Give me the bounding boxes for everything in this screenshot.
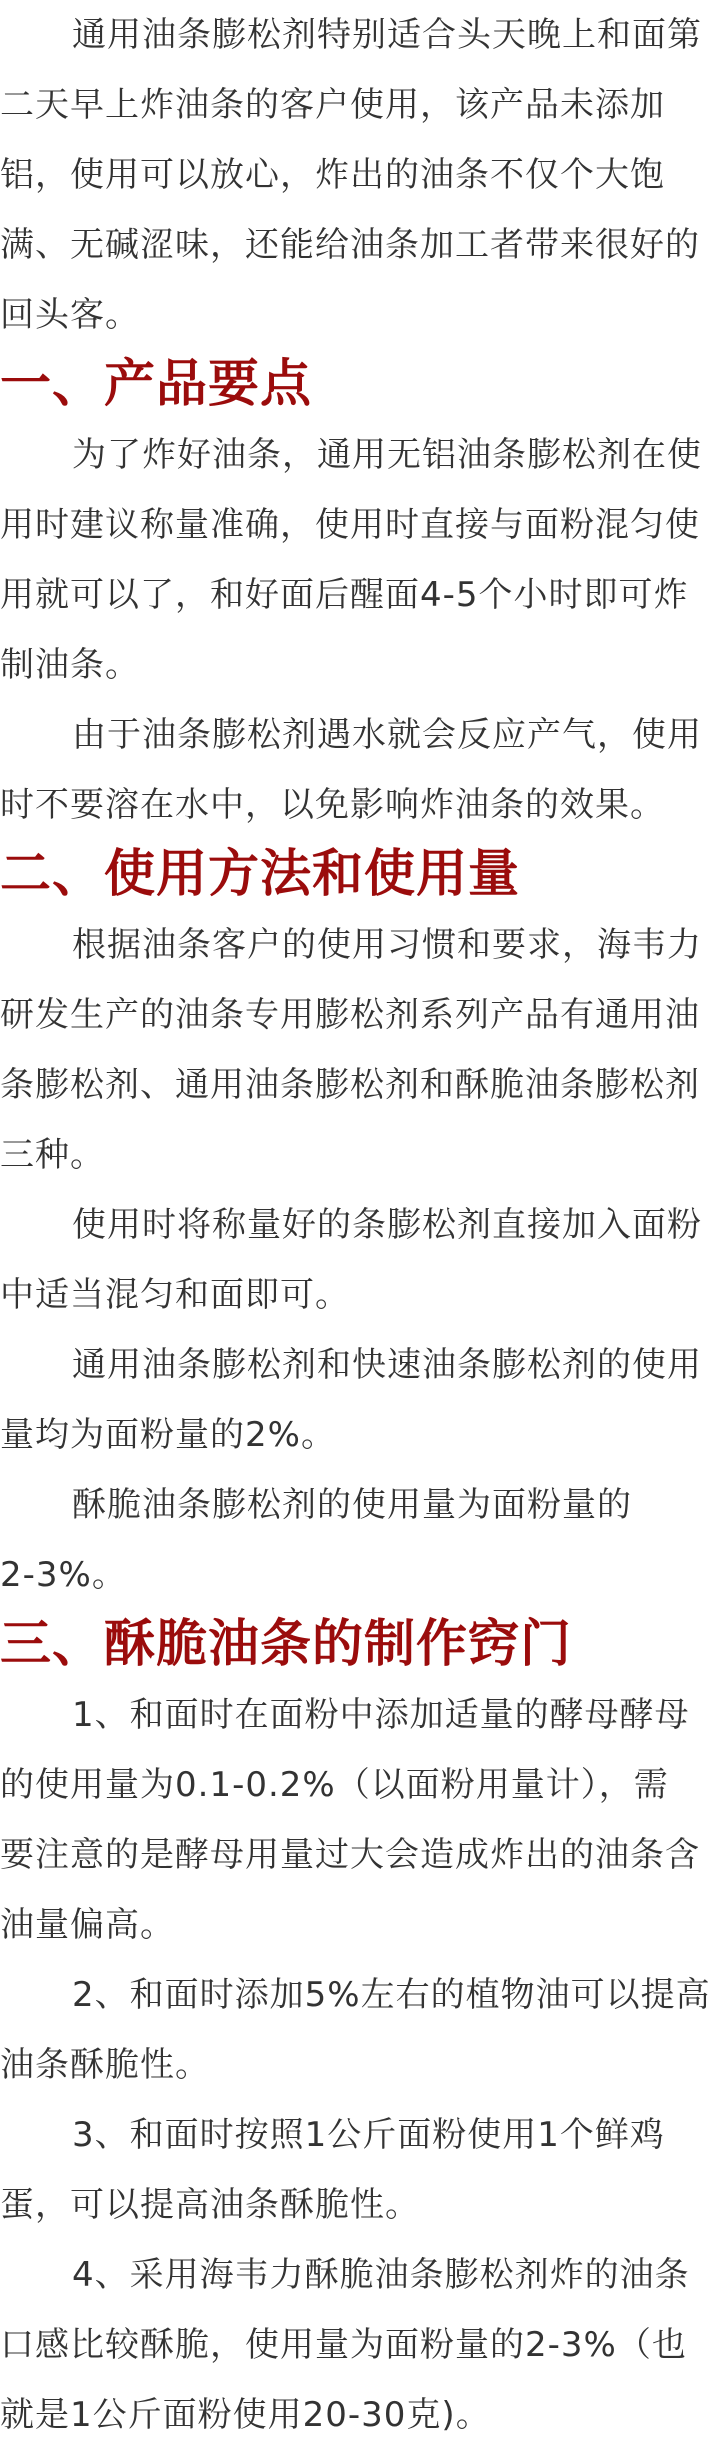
text-line: 二天早上炸油条的客户使用，该产品未添加 bbox=[0, 70, 720, 140]
text-line: 口感比较酥脆，使用量为面粉量的2-3%（也 bbox=[0, 2310, 720, 2380]
text-line: 就是1公斤面粉使用20-30克)。 bbox=[0, 2380, 720, 2450]
text-line: 的使用量为0.1-0.2%（以面粉用量计），需 bbox=[0, 1750, 720, 1820]
text-line: 4、采用海韦力酥脆油条膨松剂炸的油条 bbox=[0, 2240, 720, 2310]
text-line: 铝，使用可以放心，炸出的油条不仅个大饱 bbox=[0, 140, 720, 210]
paragraph-tip-4: 4、采用海韦力酥脆油条膨松剂炸的油条 口感比较酥脆，使用量为面粉量的2-3%（也… bbox=[0, 2240, 720, 2450]
text-line: 由于油条膨松剂遇水就会反应产气，使用 bbox=[0, 700, 720, 770]
text-line: 条膨松剂、通用油条膨松剂和酥脆油条膨松剂 bbox=[0, 1050, 720, 1120]
paragraph: 通用油条膨松剂和快速油条膨松剂的使用 量均为面粉量的2%。 bbox=[0, 1330, 720, 1470]
text-line: 用时建议称量准确，使用时直接与面粉混匀使 bbox=[0, 490, 720, 560]
text-line: 为了炸好油条，通用无铝油条膨松剂在使 bbox=[0, 420, 720, 490]
text-line: 通用油条膨松剂特别适合头天晚上和面第 bbox=[0, 0, 720, 70]
paragraph-intro: 通用油条膨松剂特别适合头天晚上和面第 二天早上炸油条的客户使用，该产品未添加 铝… bbox=[0, 0, 720, 350]
text-line: 量均为面粉量的2%。 bbox=[0, 1400, 720, 1470]
text-line: 中适当混匀和面即可。 bbox=[0, 1260, 720, 1330]
text-line: 2、和面时添加5%左右的植物油可以提高 bbox=[0, 1960, 720, 2030]
text-line: 要注意的是酵母用量过大会造成炸出的油条含 bbox=[0, 1820, 720, 1890]
paragraph: 由于油条膨松剂遇水就会反应产气，使用 时不要溶在水中，以免影响炸油条的效果。 bbox=[0, 700, 720, 840]
text-line: 回头客。 bbox=[0, 280, 720, 350]
paragraph: 根据油条客户的使用习惯和要求，海韦力 研发生产的油条专用膨松剂系列产品有通用油 … bbox=[0, 910, 720, 1190]
text-line: 油量偏高。 bbox=[0, 1890, 720, 1960]
section-heading-crispy-tips: 三、酥脆油条的制作窍门 bbox=[0, 1610, 720, 1680]
text-line: 1、和面时在面粉中添加适量的酵母酵母 bbox=[0, 1680, 720, 1750]
text-line: 三种。 bbox=[0, 1120, 720, 1190]
paragraph-tip-3: 3、和面时按照1公斤面粉使用1个鲜鸡 蛋，可以提高油条酥脆性。 bbox=[0, 2100, 720, 2240]
paragraph: 使用时将称量好的条膨松剂直接加入面粉 中适当混匀和面即可。 bbox=[0, 1190, 720, 1330]
paragraph-tip-2: 2、和面时添加5%左右的植物油可以提高 油条酥脆性。 bbox=[0, 1960, 720, 2100]
paragraph: 为了炸好油条，通用无铝油条膨松剂在使 用时建议称量准确，使用时直接与面粉混匀使 … bbox=[0, 420, 720, 700]
section-heading-product-points: 一、产品要点 bbox=[0, 350, 720, 420]
text-line: 油条酥脆性。 bbox=[0, 2030, 720, 2100]
text-line: 2-3%。 bbox=[0, 1540, 720, 1610]
heading-text: 一、产品要点 bbox=[0, 350, 720, 420]
heading-text: 二、使用方法和使用量 bbox=[0, 840, 720, 910]
text-line: 满、无碱涩味，还能给油条加工者带来很好的 bbox=[0, 210, 720, 280]
text-line: 用就可以了，和好面后醒面4-5个小时即可炸 bbox=[0, 560, 720, 630]
text-line: 通用油条膨松剂和快速油条膨松剂的使用 bbox=[0, 1330, 720, 1400]
text-line: 蛋，可以提高油条酥脆性。 bbox=[0, 2170, 720, 2240]
text-line: 3、和面时按照1公斤面粉使用1个鲜鸡 bbox=[0, 2100, 720, 2170]
text-line: 研发生产的油条专用膨松剂系列产品有通用油 bbox=[0, 980, 720, 1050]
section-heading-usage: 二、使用方法和使用量 bbox=[0, 840, 720, 910]
heading-text: 三、酥脆油条的制作窍门 bbox=[0, 1610, 720, 1680]
article-body: 通用油条膨松剂特别适合头天晚上和面第 二天早上炸油条的客户使用，该产品未添加 铝… bbox=[0, 0, 720, 2450]
text-line: 使用时将称量好的条膨松剂直接加入面粉 bbox=[0, 1190, 720, 1260]
text-line: 制油条。 bbox=[0, 630, 720, 700]
text-line: 酥脆油条膨松剂的使用量为面粉量的 bbox=[0, 1470, 720, 1540]
text-line: 根据油条客户的使用习惯和要求，海韦力 bbox=[0, 910, 720, 980]
paragraph: 酥脆油条膨松剂的使用量为面粉量的 2-3%。 bbox=[0, 1470, 720, 1610]
text-line: 时不要溶在水中，以免影响炸油条的效果。 bbox=[0, 770, 720, 840]
paragraph-tip-1: 1、和面时在面粉中添加适量的酵母酵母 的使用量为0.1-0.2%（以面粉用量计）… bbox=[0, 1680, 720, 1960]
